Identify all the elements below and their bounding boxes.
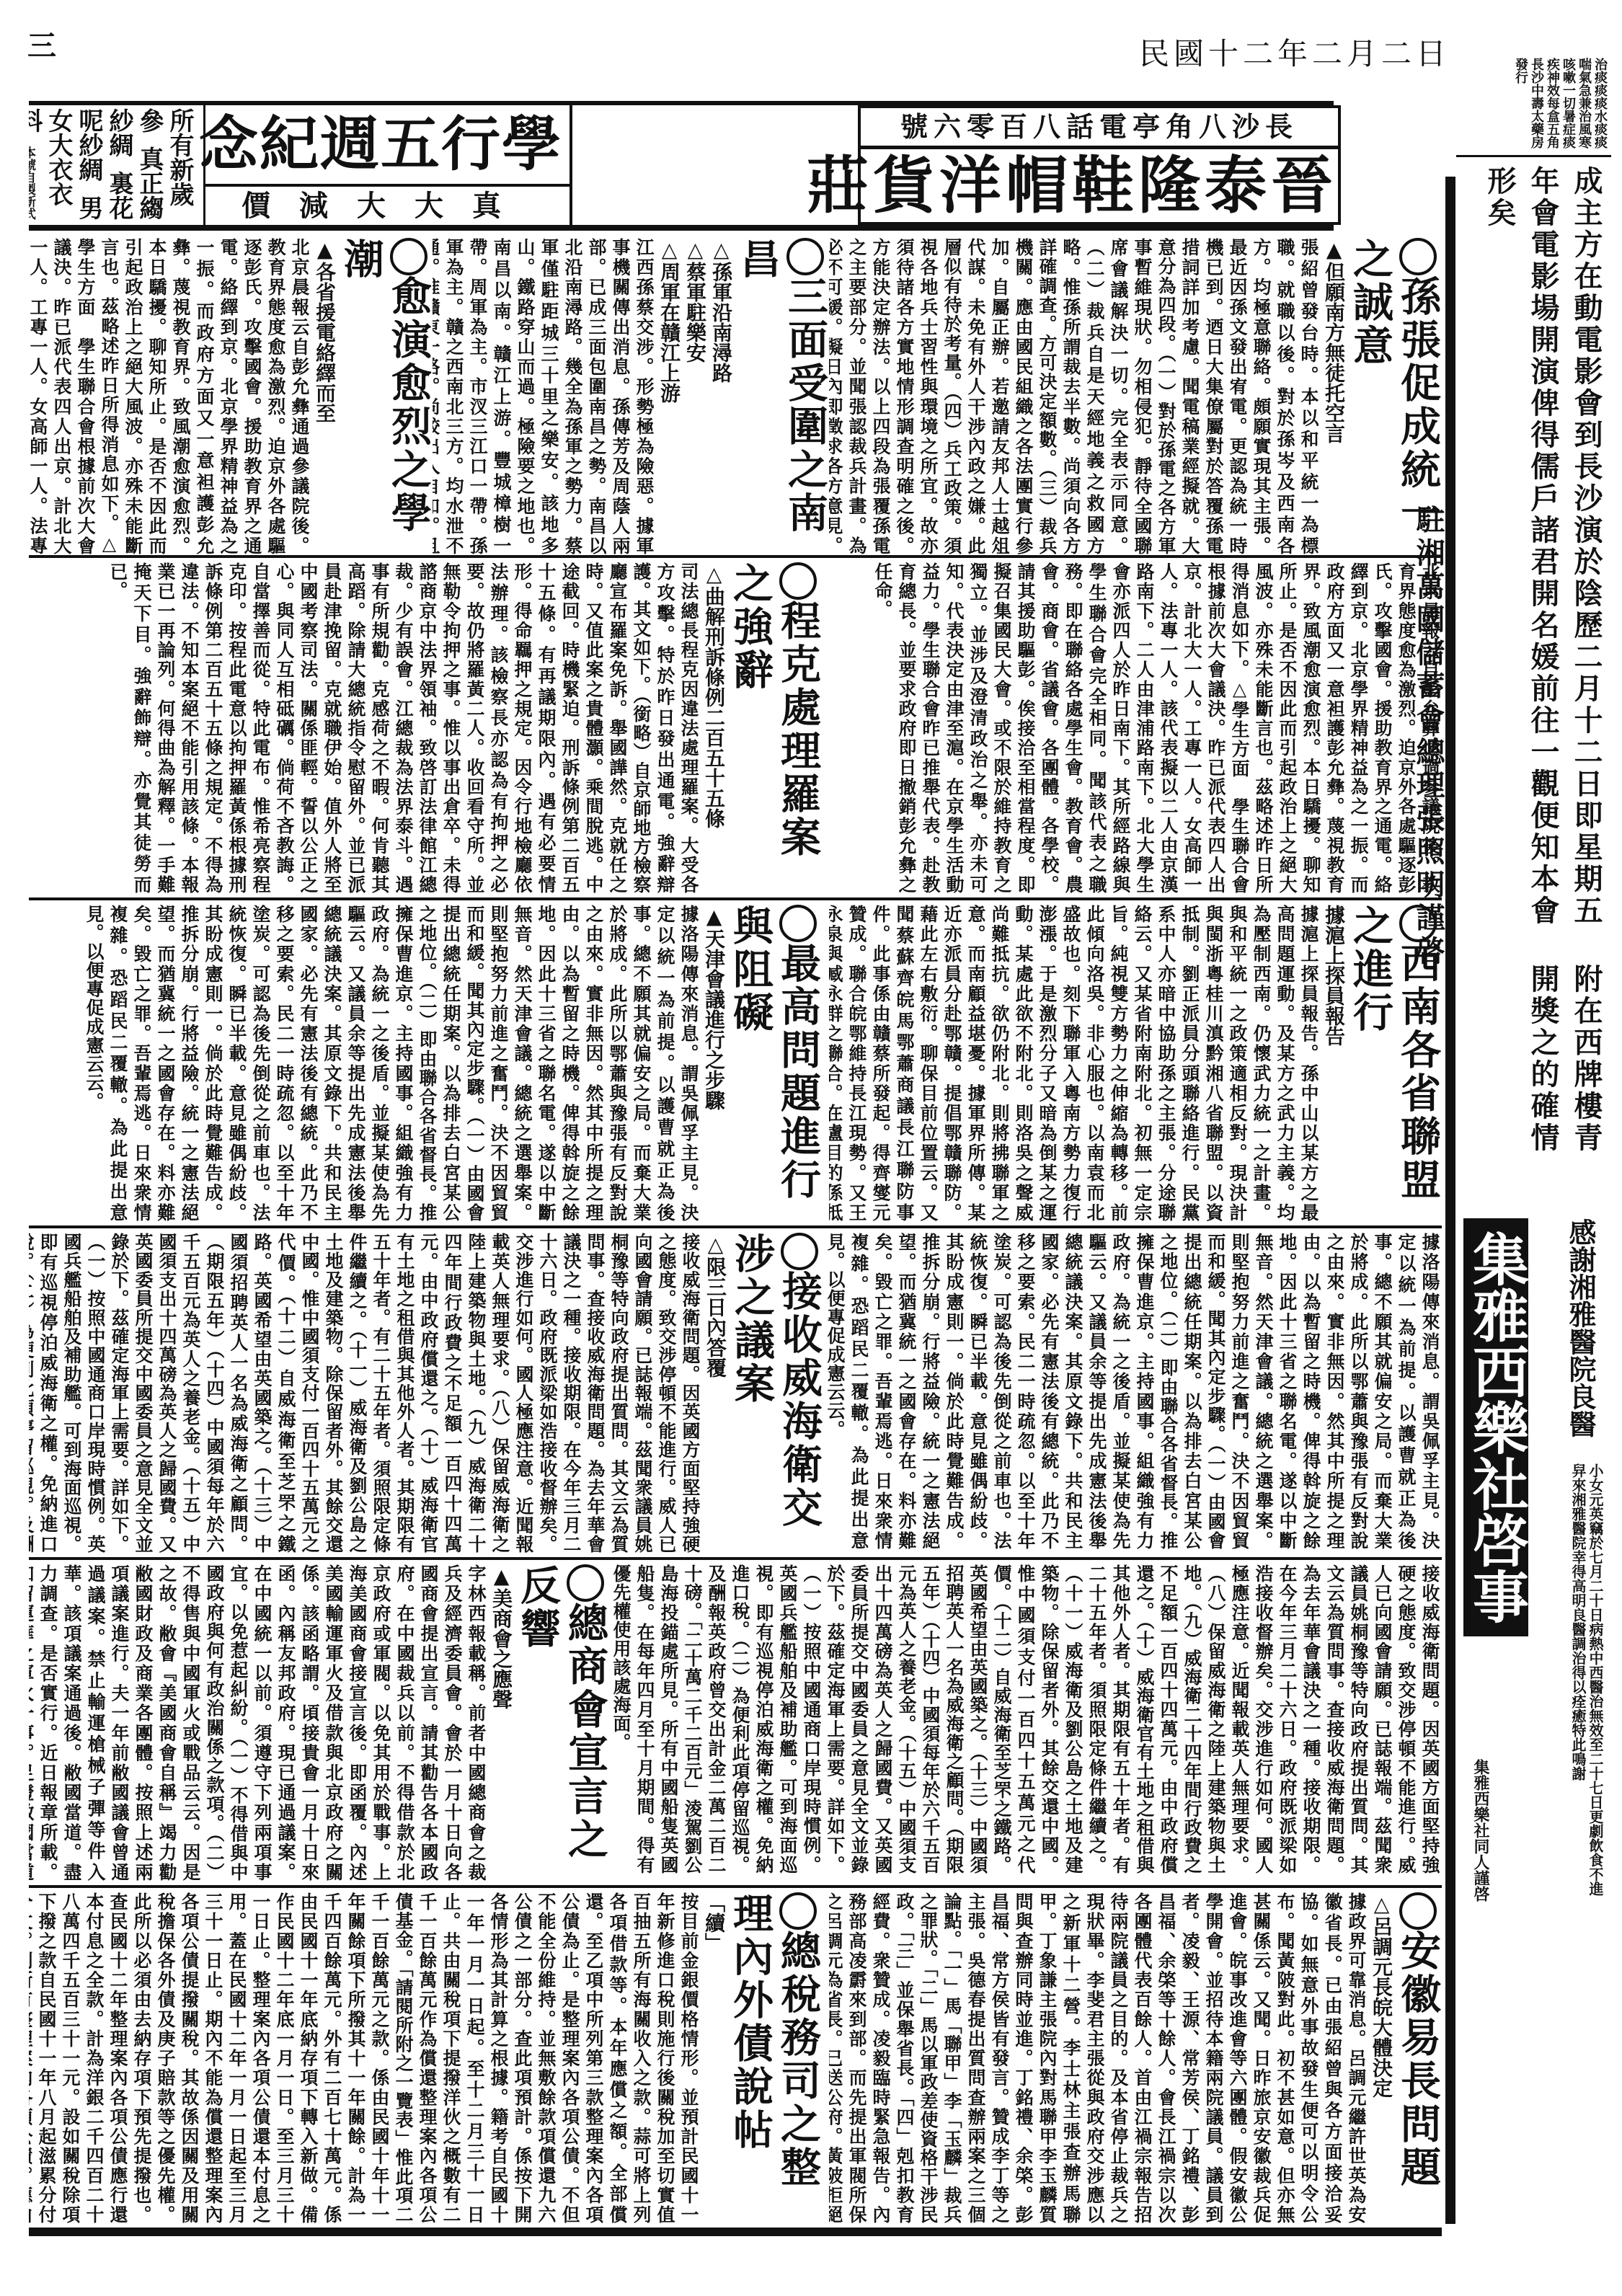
article-headline: 總商會宣言之反響 xyxy=(514,1564,609,1874)
article-body: 江西孫蔡交涉。形勢極為險惡。據軍事機關傳出消息。孫傳芳及周蔭人兩部。已成三面包圍… xyxy=(433,238,656,555)
article-headline: 最高問題進行與阻礙 xyxy=(727,905,822,1207)
row-rule xyxy=(29,555,1442,558)
corner-ad-seller: 長沙中壽太藥房發行 xyxy=(1513,58,1544,149)
article-supreme-continued: 據洛陽傳來消息。謂吳佩孚主見。決定以統一為前提。以護曹就正為後事。總不願其就偏安… xyxy=(823,1233,1442,1550)
article-headline: 程克處理羅案之強辭 xyxy=(727,562,822,879)
article-body: 據政界可靠消息。呂調元繼許世英為安徽省長。已由張紹曾與各方面接洽妥協。如無意外事… xyxy=(829,1892,1368,2224)
jiya-side-title: 感謝湘雅醫院良醫 xyxy=(1564,1218,1600,1463)
right-ad-phone: 長沙八角亭電話八百零六號 xyxy=(861,110,1337,144)
article-body: 接收威海衛問題。因英國方面堅持強硬之態度。致交涉停頓不能進行。威人已向國會請願。… xyxy=(29,1233,702,1553)
article-headline: 西南各省聯盟之進行 xyxy=(1347,905,1442,1207)
divider xyxy=(205,184,570,187)
circle-bullet-icon xyxy=(779,1892,817,1930)
circle-bullet-icon xyxy=(786,238,824,275)
circle-bullet-icon xyxy=(1399,238,1437,275)
article-weihaiwei: 據洛陽傳來消息。謂吳佩孚主見。決定以統一為前提。以護曹就正為後事。總不願其就偏安… xyxy=(29,1233,1442,1553)
article-body: 北京晨報云自彭允彝通過參議院後。教育界態度愈為激烈。迫京外各處驅逐彭氏。攻擊國會… xyxy=(29,238,311,555)
article-headline: 孫張促成統一之誠意 xyxy=(1347,238,1442,541)
circle-bullet-icon xyxy=(781,1233,818,1270)
circle-bullet-icon xyxy=(390,238,427,275)
divider xyxy=(570,105,572,225)
masthead-bottom-rule xyxy=(29,225,1334,231)
page-number: 三 xyxy=(27,23,56,64)
article-chamber-commerce: 接收威海衛問題。因英國方面堅持強硬之態度。致交涉停頓不能進行。威人已向國會請願。… xyxy=(29,1564,1442,1881)
article-student-movement: 愈演愈烈之學潮 ▲各省援電絡繹而至 北京晨報云自彭允彝通過參議院後。教育界態度愈… xyxy=(29,238,433,555)
article-subhead: ▲各省援電絡繹而至 xyxy=(311,238,337,541)
article-anhui-governor: 安徽易長問題 △呂調元長皖大體決定 據政界可靠消息。呂調元繼許世英為安徽省長。已… xyxy=(829,1892,1442,2224)
article-supreme-question: 最高問題進行與阻礙 ▲天津會議進行之步驟 據洛陽傳來消息。謂吳佩孚主見。決定以統… xyxy=(29,905,822,1222)
article-body: 張紹曾發台時。本以和平統一為標職。就職以後。對於孫岑及西南各方。均極意聯絡。頗願… xyxy=(829,238,1321,555)
article-subhead: △曲解刑訴條例二百五十五條 xyxy=(701,562,727,879)
article-subhead-1: △孫軍沿南潯路 xyxy=(708,238,734,541)
article-nanchang: 三面受圍之南昌 △孫軍沿南潯路 △蔡軍駐樂安 △周軍在贛江上游 江西孫蔡交涉。形… xyxy=(433,238,829,555)
center-ad-title: 學行五週紀念 xyxy=(209,108,562,180)
article-student-continued: 北京晨報云自彭允彝通過參議院後。教育界態度愈為激烈。迫京外各處驅逐彭氏。攻擊國會… xyxy=(829,562,1442,894)
row-rule xyxy=(29,1225,1442,1228)
article-subhead: 據滬上探員報告 xyxy=(1321,905,1347,1207)
circle-bullet-icon xyxy=(567,1564,604,1602)
circle-bullet-icon xyxy=(779,562,817,600)
article-body: 據洛陽傳來消息。謂吳佩孚主見。決定以統一為前提。以護曹就正為後事。總不願其就偏安… xyxy=(82,905,701,1222)
article-headline: 愈演愈烈之學潮 xyxy=(337,238,433,541)
right-notice-headline: 成主方在動電影會到長沙演於陰歷二月十二日即星期五 附在西牌樓青年會電影場開演俾得… xyxy=(1463,166,1608,1161)
article-body: 據滬上探員報告。孫中山以某方之最高問題運動。及某方之武力主義。均為壓制西南。仍懷… xyxy=(829,905,1321,1222)
article-cheng-ke: 程克處理羅案之強辭 △曲解刑訴條例二百五十五條 司法總長程克因違法處理羅案。大受… xyxy=(29,562,822,894)
right-ad-title: 晉泰隆鞋帽洋貨莊 xyxy=(861,150,1337,222)
jiya-banner: 集雅西樂社啓事 xyxy=(1463,1218,1528,1636)
corner-ad-body: 治痰痰痰水痰痰喘氣急兼治風寒咳嗽一切暑症痰疾神效每盒五角 xyxy=(1545,58,1608,149)
article-body: 字林西報載稱。前者中國總商會之裁兵及經濟委員會。會於一月十日向各國商會提出宣言。… xyxy=(29,1564,488,1881)
notice-line-1: 成主方在動電影會到長沙演於陰歷二月十二日即星期五 xyxy=(1569,166,1603,927)
corner-ad: 駐湘萬國儲蓄會總理張照明謹啓 治痰痰痰水痰痰喘氣急兼治風寒咳嗽一切暑症痰疾神效每… xyxy=(1456,58,1608,151)
row-rule xyxy=(29,897,1442,900)
circle-bullet-icon xyxy=(779,905,817,942)
bottom-rule xyxy=(29,2228,1442,2236)
column-separator xyxy=(1445,177,1455,2224)
jiya-signature: 集雅西樂社同人謹啓 xyxy=(1463,1759,1492,1946)
article-sun-zhang: 孫張促成統一之誠意 ▲但願南方無徒托空言 張紹曾發台時。本以和平統一為標職。就職… xyxy=(829,238,1442,555)
divider xyxy=(1456,155,1611,157)
article-headline: 總稅務司之整理內外債說帖 xyxy=(727,1892,822,2209)
left-ad: 所有新歲參 真正縐紗綢 裏花呢紗綢 男女大衣衣料 本號自製新式呢料各種洋貨綢緞布… xyxy=(29,108,195,223)
article-subhead: △限三日內答覆 xyxy=(702,1233,728,1550)
article-subhead-2: △蔡軍駐樂安 xyxy=(682,238,708,541)
jiya-side-text: 小女元英竊於七月二十日病熱中西醫治無效至二十七日更劇飲食不進舁來湘雅醫院幸得高明… xyxy=(1532,1463,1604,1896)
circle-bullet-icon xyxy=(1399,905,1437,942)
article-body-continued: 北京晨報云自彭允彝通過參議院後。教育界態度愈為激烈。迫京外各處驅逐彭氏。攻擊國會… xyxy=(871,562,1442,894)
article-headline: 安徽易長問題 xyxy=(1394,1892,1442,2209)
article-subhead: ▲但願南方無徒托空言 xyxy=(1321,238,1347,541)
article-body: 按目前金銀價格情形。並預計民國十一年新修進口稅則施行後關稅加至切實值百抽五所有海… xyxy=(29,1892,701,2224)
article-weihaiwei-continued: 接收威海衛問題。因英國方面堅持強硬之態度。致交涉停頓不能進行。威人已向國會請願。… xyxy=(609,1564,1442,1874)
article-headline: 接收威海衛交涉之議案 xyxy=(728,1233,823,1550)
article-body: 司法總長程克因違法處理羅案。大受各方攻擊。特於昨日發出通電。強辭辯護。其文如下。… xyxy=(106,562,701,894)
article-customs: 總稅務司之整理內外債說帖 「續」 按目前金銀價格情形。並預計民國十一年新修進口稅… xyxy=(29,1892,822,2224)
article-subhead-3: △周軍在贛江上游 xyxy=(656,238,682,541)
issue-date: 民國十二年二月二日 xyxy=(1139,30,1450,74)
article-subhead: 「續」 xyxy=(701,1892,727,2209)
circle-bullet-icon xyxy=(1399,1892,1437,1930)
article-headline: 三面受圍之南昌 xyxy=(734,238,829,541)
center-ad-subtitle: 真大大減價 xyxy=(209,189,562,223)
row-rule xyxy=(29,1885,1442,1888)
row-rule xyxy=(29,1557,1442,1560)
article-provincial-alliance: 西南各省聯盟之進行 據滬上探員報告 據滬上探員報告。孫中山以某方之最高問題運動。… xyxy=(829,905,1442,1222)
article-subhead: ▲天津會議進行之步驟 xyxy=(701,905,727,1207)
article-subhead: ▲美商會之應聲 xyxy=(488,1564,514,1874)
article-subhead: △呂調元長皖大體決定 xyxy=(1368,1892,1394,2209)
